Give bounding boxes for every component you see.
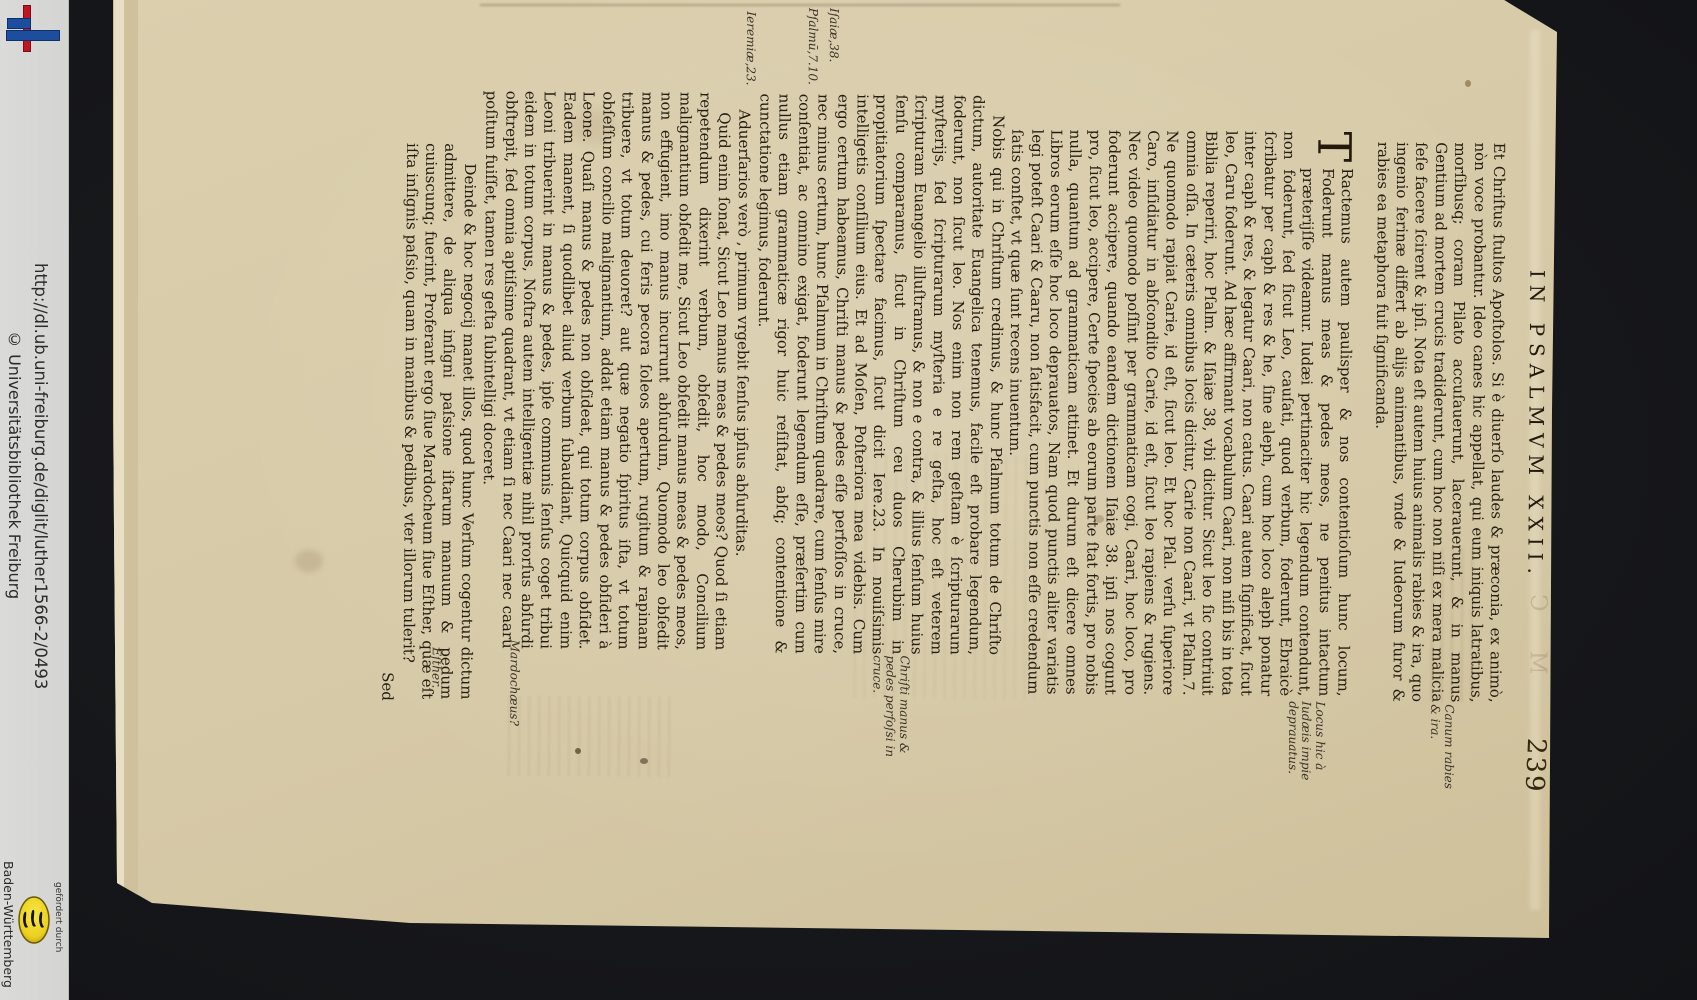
commentary-paragraph-quid-enim: Quid enim ſonat, Sicut Leo manus meas & … xyxy=(478,91,734,651)
margin-note-canum: Canum rabies & ira. xyxy=(1428,704,1456,796)
margin-note-isaiae: Iſaiæ,38. xyxy=(826,8,840,93)
page-number: 239 xyxy=(1519,737,1551,794)
bleedthrough-text-ghost xyxy=(850,453,1047,699)
margin-note-psalmum: Pſalmū,7.10. xyxy=(805,8,819,93)
baden-wuerttemberg-seal xyxy=(17,895,51,949)
drop-cap-initial: T xyxy=(1314,131,1356,168)
margin-note-ieremiae: Ieremiæ,23. xyxy=(743,11,757,96)
logo-blue-bar-short xyxy=(7,18,31,29)
logo-blue-bar-long xyxy=(6,30,60,41)
funded-by-label: gefördert durch xyxy=(53,882,63,952)
source-url: http://dl.ub.uni-freiburg.de/diglit/luth… xyxy=(31,263,50,689)
bleedthrough-header-ghost: M C xyxy=(1525,578,1552,675)
scan-viewport: IN PSALMVM XXII. M C 239 Et Chriſtus ſtu… xyxy=(0,0,1697,1000)
library-strip: http://dl.ub.uni-freiburg.de/diglit/luth… xyxy=(0,0,69,1000)
bleedthrough-text-ghost xyxy=(1424,547,1473,702)
commentary-paragraph-adversarios: Aduerſarios verò , primum vrgebit ſenſus… xyxy=(730,89,753,649)
bleedthrough-text-ghost xyxy=(500,696,671,777)
copyright-label: © Universitätsbibliothek Freiburg xyxy=(5,330,24,599)
region-label: Baden-Württemberg xyxy=(1,861,16,988)
page-content-rotated: IN PSALMVM XXII. M C 239 Et Chriſtus ſtu… xyxy=(109,0,1556,943)
ub-freiburg-logo xyxy=(0,0,68,62)
margin-note-esther: Eſther. xyxy=(429,647,443,727)
commentary-paragraph-tractemus: TRactemus autem paulisper & nos contenti… xyxy=(1003,129,1356,696)
commentary-paragraph-deinde: Deinde & hoc negocij manet illos, quod h… xyxy=(398,143,480,700)
paragraph-text: Ractemus autem paulisper & nos contentio… xyxy=(1006,129,1356,696)
margin-note-locus: Locus hic à Iudæis impie deprauatus. xyxy=(1285,701,1326,801)
